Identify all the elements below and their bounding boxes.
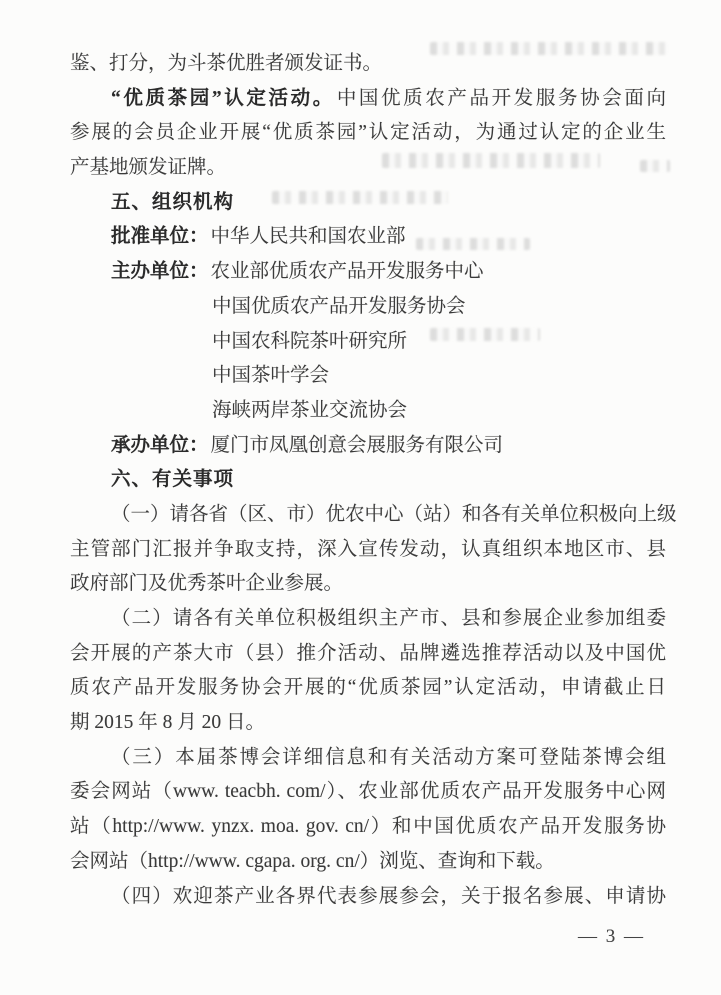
line-regular-text: 委会网站（www. teacbh. com/）、农业部优质农产品开发服务中心网 [70,781,666,802]
line-regular-text: （三）本届茶博会详细信息和有关活动方案可登陆茶博会组 [111,747,666,768]
line-bold-text: 主办单位： [111,261,209,282]
text-line: 批准单位：中华人民共和国农业部 [70,220,666,255]
text-line: 政府部门及优秀茶叶企业参展。 [70,567,666,602]
text-line: 期 2015 年 8 月 20 日。 [70,706,666,741]
text-line: （四）欢迎茶产业各界代表参展参会，关于报名参展、申请协 [70,880,666,915]
line-regular-text: 农业部优质农产品开发服务中心 [211,261,484,282]
text-line: 主办单位：农业部优质农产品开发服务中心 [70,255,666,290]
text-line: 主管部门汇报并争取支持，深入宣传发动，认真组织本地区市、县 [70,533,666,568]
text-line: （三）本届茶博会详细信息和有关活动方案可登陆茶博会组 [70,741,666,776]
line-regular-text: 会网站（http://www. cgapa. org. cn/）浏览、查询和下载… [70,851,555,872]
text-line: 委会网站（www. teacbh. com/）、农业部优质农产品开发服务中心网 [70,775,666,810]
line-regular-text: 中华人民共和国农业部 [211,226,406,247]
line-regular-text: 参展的会员企业开展“优质茶园”认定活动，为通过认定的企业生 [70,122,666,143]
text-line: 参展的会员企业开展“优质茶园”认定活动，为通过认定的企业生 [70,116,666,151]
line-bold-text: “优质茶园”认定活动。 [111,88,335,109]
text-line: 海峡两岸茶业交流协会 [70,394,666,429]
document-body: 鉴、打分，为斗茶优胜者颁发证书。“优质茶园”认定活动。中国优质农产品开发服务协会… [70,47,666,914]
line-regular-text: 会开展的产茶大市（县）推介活动、品牌遴选推荐活动以及中国优 [70,643,666,664]
text-line: 中国茶叶学会 [70,359,666,394]
line-regular-text: 中国茶叶学会 [212,365,329,386]
line-bold-text: 六、有关事项 [111,469,234,490]
text-line: 中国农科院茶叶研究所 [70,325,666,360]
text-line: 承办单位：厦门市凤凰创意会展服务有限公司 [70,429,666,464]
text-line: 鉴、打分，为斗茶优胜者颁发证书。 [70,47,666,82]
line-regular-text: 站（http://www. ynzx. moa. gov. cn/）和中国优质农… [70,816,666,837]
line-regular-text: （四）欢迎茶产业各界代表参展参会，关于报名参展、申请协 [111,886,666,907]
text-line: 中国优质农产品开发服务协会 [70,290,666,325]
text-line: “优质茶园”认定活动。中国优质农产品开发服务协会面向 [70,82,666,117]
text-line: 站（http://www. ynzx. moa. gov. cn/）和中国优质农… [70,810,666,845]
text-line: 会网站（http://www. cgapa. org. cn/）浏览、查询和下载… [70,845,666,880]
page-number: — 3 — [578,924,645,950]
line-regular-text: 中国优质农产品开发服务协会面向 [337,88,666,109]
line-bold-text: 承办单位： [111,435,209,456]
line-regular-text: 鉴、打分，为斗茶优胜者颁发证书。 [70,53,382,74]
line-regular-text: 质农产品开发服务协会开展的“优质茶园”认定活动，申请截止日 [70,677,666,698]
line-regular-text: （一）请各省（区、市）优农中心（站）和各有关单位积极向上级 [111,504,677,525]
text-line: 产基地颁发证牌。 [70,151,666,186]
text-line: 质农产品开发服务协会开展的“优质茶园”认定活动，申请截止日 [70,671,666,706]
line-regular-text: （二）请各有关单位积极组织主产市、县和参展企业参加组委 [111,608,666,629]
line-regular-text: 主管部门汇报并争取支持，深入宣传发动，认真组织本地区市、县 [70,539,666,560]
line-regular-text: 海峡两岸茶业交流协会 [212,400,407,421]
line-bold-text: 批准单位： [111,226,209,247]
scanned-document-page: 鉴、打分，为斗茶优胜者颁发证书。“优质茶园”认定活动。中国优质农产品开发服务协会… [0,0,721,995]
text-line: （二）请各有关单位积极组织主产市、县和参展企业参加组委 [70,602,666,637]
line-regular-text: 政府部门及优秀茶叶企业参展。 [70,573,343,594]
line-regular-text: 产基地颁发证牌。 [70,157,226,178]
line-regular-text: 厦门市凤凰创意会展服务有限公司 [211,435,504,456]
line-regular-text: 中国优质农产品开发服务协会 [212,296,466,317]
text-line: 六、有关事项 [70,463,666,498]
line-regular-text: 中国农科院茶叶研究所 [212,331,407,352]
text-line: 会开展的产茶大市（县）推介活动、品牌遴选推荐活动以及中国优 [70,637,666,672]
line-regular-text: 期 2015 年 8 月 20 日。 [70,712,265,733]
text-line: 五、组织机构 [70,186,666,221]
text-line: （一）请各省（区、市）优农中心（站）和各有关单位积极向上级 [70,498,666,533]
line-bold-text: 五、组织机构 [111,192,234,213]
